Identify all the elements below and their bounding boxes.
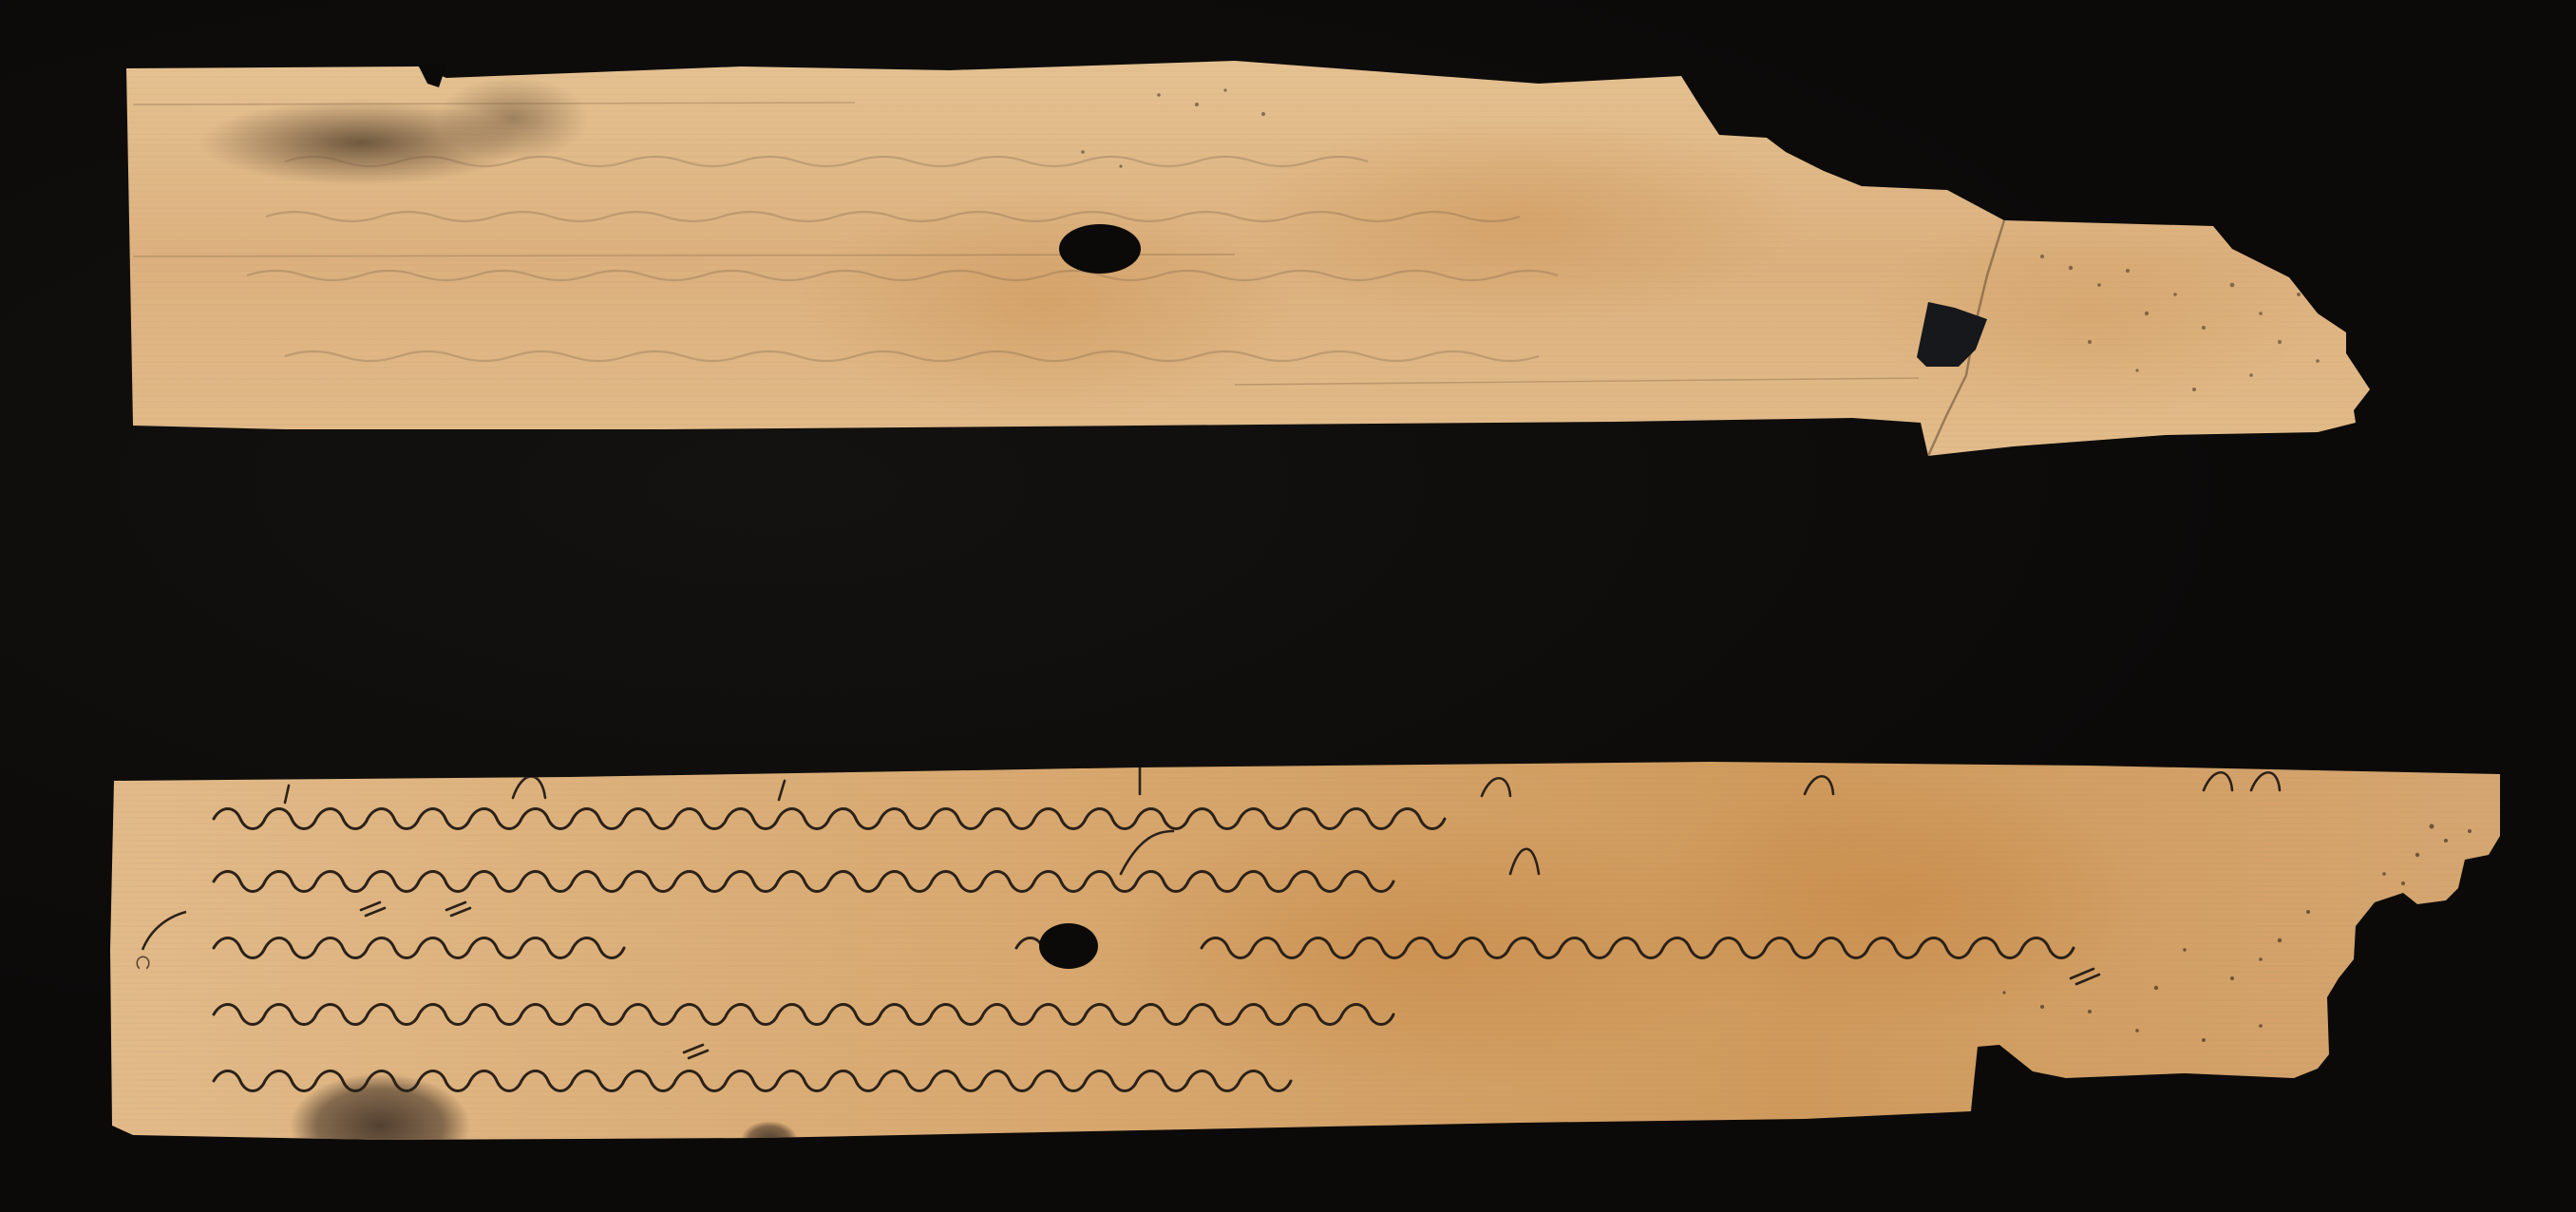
margin-leaf-number: ဂ xyxy=(135,940,151,983)
bottom-palm-leaf: ဂ xyxy=(0,0,2576,1212)
bottom-leaf-string-hole xyxy=(1039,923,1098,969)
bottom-leaf-stain xyxy=(290,1073,470,1178)
